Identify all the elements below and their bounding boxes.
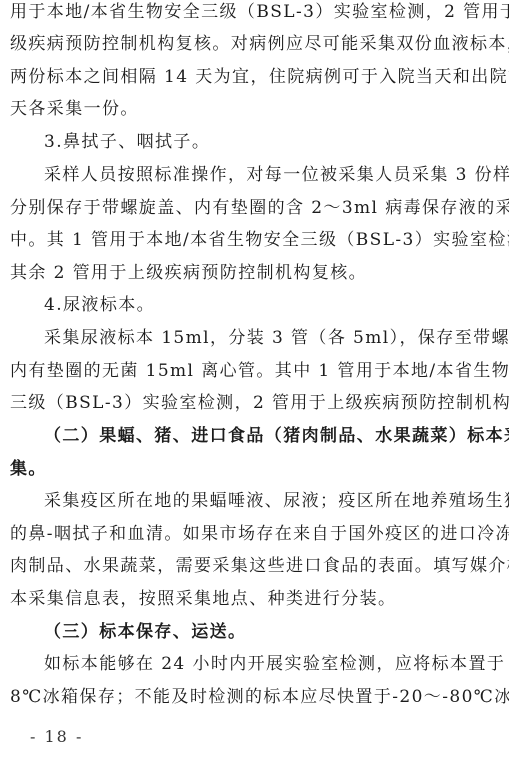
text-line: 级疾病预防控制机构复核。对病例应尽可能采集双份血液标本， (10, 34, 502, 54)
text-line: 两份标本之间相隔 14 天为宜，住院病例可于入院当天和出院前 1 (10, 67, 502, 87)
text-line: 采样人员按照标准操作，对每一位被采集人员采集 3 份样本， (44, 165, 509, 185)
text-line: 内有垫圈的无菌 15ml 离心管。其中 1 管用于本地/本省生物安全 (10, 361, 502, 381)
text-line: 其余 2 管用于上级疾病预防控制机构复核。 (10, 263, 502, 283)
text-line: 的鼻-咽拭子和血清。如果市场存在来自于国外疫区的进口冷冻猪 (10, 524, 502, 544)
text-line: 天各采集一份。 (10, 99, 502, 119)
document-page: 用于本地/本省生物安全三级（BSL-3）实验室检测，2 管用于上 级疾病预防控制… (0, 0, 509, 760)
text-line: 中。其 1 管用于本地/本省生物安全三级（BSL-3）实验室检测， (10, 230, 502, 250)
text-line: 肉制品、水果蔬菜，需要采集这些进口食品的表面。填写媒介标 (10, 556, 502, 576)
section-heading-bats-pigs-food: （二）果蝠、猪、进口食品（猪肉制品、水果蔬菜）标本采 (44, 426, 509, 446)
section-heading-continuation: 集。 (10, 459, 502, 479)
text-line: 采集尿液标本 15ml，分装 3 管（各 5ml），保存至带螺旋盖、 (44, 328, 509, 348)
text-line: 用于本地/本省生物安全三级（BSL-3）实验室检测，2 管用于上 (10, 2, 502, 22)
text-line: 8℃冰箱保存；不能及时检测的标本应尽快置于-20～-80℃冰箱保 (10, 687, 502, 707)
section-heading-urine: 4.尿液标本。 (44, 295, 509, 315)
text-line: 如标本能够在 24 小时内开展实验室检测，应将标本置于 2～ (44, 654, 509, 674)
text-line: 本采集信息表，按照采集地点、种类进行分装。 (10, 589, 502, 609)
text-line: 三级（BSL-3）实验室检测，2 管用于上级疾病预防控制机构复核。 (10, 393, 502, 413)
page-number: - 18 - (30, 727, 83, 747)
section-heading-nasal-swab: 3.鼻拭子、咽拭子。 (44, 132, 509, 152)
text-line: 采集疫区所在地的果蝠唾液、尿液；疫区所在地养殖场生猪 (44, 491, 509, 511)
section-heading-storage-transport: （三）标本保存、运送。 (44, 622, 509, 642)
text-line: 分别保存于带螺旋盖、内有垫圈的含 2～3ml 病毒保存液的采集管 (10, 198, 502, 218)
